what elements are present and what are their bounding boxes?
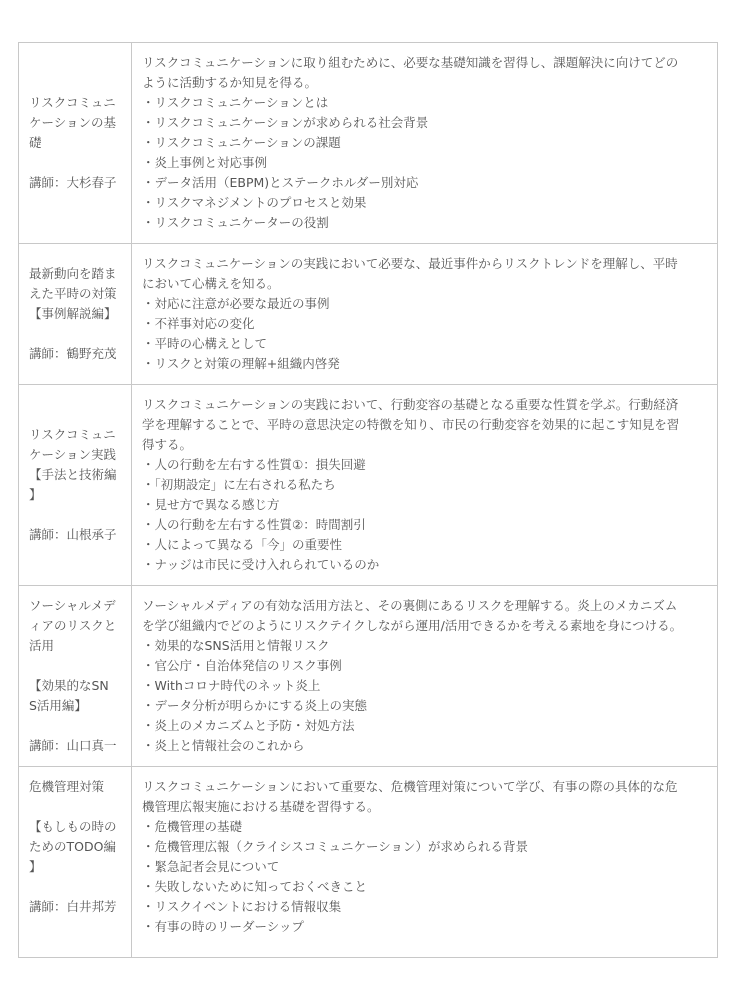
course-description-cell: リスクコミュニケーションの実践において必要な、最近事件からリスクトレンドを理解し… [132, 244, 718, 385]
course-subtitle-line: 】 [29, 857, 121, 877]
course-title-line: 礎 [29, 133, 121, 153]
description-text: リスクコミュニケーションに取り組むために、必要な基礎知識を習得し、課題解決に向け… [142, 53, 707, 73]
description-text: 機管理広報実施における基礎を習得する。 [142, 797, 707, 817]
course-title-cell: ソーシャルメデ ィアのリスクと 活用 【効果的なSN S活用編】 講師：山口真一 [19, 586, 132, 767]
description-text: を学び組織内でどのようにリスクテイクしながら運用/活用できるかを考える素地を身に… [142, 616, 707, 636]
topic-item: ・有事の時のリーダーシップ [142, 917, 707, 937]
table-row: リスクコミュニ ケーションの基 礎 講師：大杉春子 リスクコミュニケーションに取… [19, 43, 718, 244]
topic-item: ・危機管理の基礎 [142, 817, 707, 837]
course-title-cell: 危機管理対策 【もしもの時の ためのTODO編 】 講師：白井邦芳 [19, 767, 132, 958]
topic-item: ・リスクコミュニケーションとは [142, 93, 707, 113]
course-table: リスクコミュニ ケーションの基 礎 講師：大杉春子 リスクコミュニケーションに取… [18, 42, 718, 958]
spacer [29, 324, 121, 344]
course-title-line: ィアのリスクと [29, 616, 121, 636]
topic-item: ・リスクマネジメントのプロセスと効果 [142, 193, 707, 213]
topic-item: ・失敗しないために知っておくべきこと [142, 877, 707, 897]
topic-item: ・見せ方で異なる感じ方 [142, 495, 707, 515]
course-description-cell: ソーシャルメディアの有効な活用方法と、その裏側にあるリスクを理解する。炎上のメカ… [132, 586, 718, 767]
description-text: リスクコミュニケーションの実践において必要な、最近事件からリスクトレンドを理解し… [142, 254, 707, 274]
topic-item: ・炎上事例と対応事例 [142, 153, 707, 173]
instructor-name: 講師：大杉春子 [29, 173, 121, 193]
topic-item: ・データ分析が明らかにする炎上の実態 [142, 696, 707, 716]
topic-item: ・人によって異なる「今」の重要性 [142, 535, 707, 555]
table-row: ソーシャルメデ ィアのリスクと 活用 【効果的なSN S活用編】 講師：山口真一… [19, 586, 718, 767]
instructor-name: 講師：山口真一 [29, 736, 121, 756]
table-row: リスクコミュニ ケーション実践 【手法と技術編 】 講師：山根承子 リスクコミュ… [19, 385, 718, 586]
instructor-name: 講師：山根承子 [29, 525, 121, 545]
course-title-cell: リスクコミュニ ケーションの基 礎 講師：大杉春子 [19, 43, 132, 244]
topic-item: ・データ活用（EBPM)とステークホルダー別対応 [142, 173, 707, 193]
course-title-line: えた平時の対策 [29, 284, 121, 304]
topic-item: ・対応に注意が必要な最近の事例 [142, 294, 707, 314]
course-subtitle-line: 【効果的なSN [29, 676, 121, 696]
course-subtitle-line: ためのTODO編 [29, 837, 121, 857]
table-row: 最新動向を踏ま えた平時の対策 【事例解説編】 講師：鶴野充茂 リスクコミュニケ… [19, 244, 718, 385]
description-text: ように活動するか知見を得る。 [142, 73, 707, 93]
spacer [29, 153, 121, 173]
topic-item: ・平時の心構えとして [142, 334, 707, 354]
topic-item: ・効果的なSNS活用と情報リスク [142, 636, 707, 656]
course-title-line: 【手法と技術編 [29, 465, 121, 485]
course-subtitle-line: S活用編】 [29, 696, 121, 716]
topic-item: ・不祥事対応の変化 [142, 314, 707, 334]
course-title-line: ケーション実践 [29, 445, 121, 465]
course-title-cell: リスクコミュニ ケーション実践 【手法と技術編 】 講師：山根承子 [19, 385, 132, 586]
topic-item: ・Withコロナ時代のネット炎上 [142, 676, 707, 696]
description-text: ソーシャルメディアの有効な活用方法と、その裏側にあるリスクを理解する。炎上のメカ… [142, 596, 707, 616]
course-title-line: 【事例解説編】 [29, 304, 121, 324]
course-title-line: リスクコミュニ [29, 93, 121, 113]
spacer [29, 797, 121, 817]
topic-item: ・緊急記者会見について [142, 857, 707, 877]
course-subtitle-line: 【もしもの時の [29, 817, 121, 837]
description-text: 得する。 [142, 435, 707, 455]
topic-item: ・リスクコミュニケーションの課題 [142, 133, 707, 153]
topic-item: ・人の行動を左右する性質②：時間割引 [142, 515, 707, 535]
instructor-name: 講師：鶴野充茂 [29, 344, 121, 364]
spacer [29, 656, 121, 676]
topic-item: ・官公庁・自治体発信のリスク事例 [142, 656, 707, 676]
topic-item: ・リスクコミュニケーションが求められる社会背景 [142, 113, 707, 133]
topic-item: ・危機管理広報（クライシスコミュニケーション）が求められる背景 [142, 837, 707, 857]
course-title-line: ケーションの基 [29, 113, 121, 133]
topic-item: ・リスクと対策の理解+組織内啓発 [142, 354, 707, 374]
instructor-name: 講師：白井邦芳 [29, 897, 121, 917]
course-description-cell: リスクコミュニケーションに取り組むために、必要な基礎知識を習得し、課題解決に向け… [132, 43, 718, 244]
course-title-line: 活用 [29, 636, 121, 656]
spacer [29, 877, 121, 897]
description-text: リスクコミュニケーションの実践において、行動変容の基礎となる重要な性質を学ぶ。行… [142, 395, 707, 415]
topic-item: ・リスクコミュニケーターの役割 [142, 213, 707, 233]
course-description-cell: リスクコミュニケーションの実践において、行動変容の基礎となる重要な性質を学ぶ。行… [132, 385, 718, 586]
topic-item: ・人の行動を左右する性質①：損失回避 [142, 455, 707, 475]
course-title-line: 最新動向を踏ま [29, 264, 121, 284]
course-title-line: リスクコミュニ [29, 425, 121, 445]
topic-item: ・炎上のメカニズムと予防・対処方法 [142, 716, 707, 736]
course-description-cell: リスクコミュニケーションにおいて重要な、危機管理対策について学び、有事の際の具体… [132, 767, 718, 958]
spacer [29, 505, 121, 525]
topic-item: ・ナッジは市民に受け入れられているのか [142, 555, 707, 575]
topic-item: ・「初期設定」に左右される私たち [142, 475, 707, 495]
description-text: リスクコミュニケーションにおいて重要な、危機管理対策について学び、有事の際の具体… [142, 777, 707, 797]
course-title-line: 危機管理対策 [29, 777, 121, 797]
course-title-line: ソーシャルメデ [29, 596, 121, 616]
table-row: 危機管理対策 【もしもの時の ためのTODO編 】 講師：白井邦芳 リスクコミュ… [19, 767, 718, 958]
topic-item: ・炎上と情報社会のこれから [142, 736, 707, 756]
description-text: 学を理解することで、平時の意思決定の特徴を知り、市民の行動変容を効果的に起こす知… [142, 415, 707, 435]
course-title-cell: 最新動向を踏ま えた平時の対策 【事例解説編】 講師：鶴野充茂 [19, 244, 132, 385]
topic-item: ・リスクイベントにおける情報収集 [142, 897, 707, 917]
spacer [29, 716, 121, 736]
description-text: において心構えを知る。 [142, 274, 707, 294]
course-title-line: 】 [29, 485, 121, 505]
